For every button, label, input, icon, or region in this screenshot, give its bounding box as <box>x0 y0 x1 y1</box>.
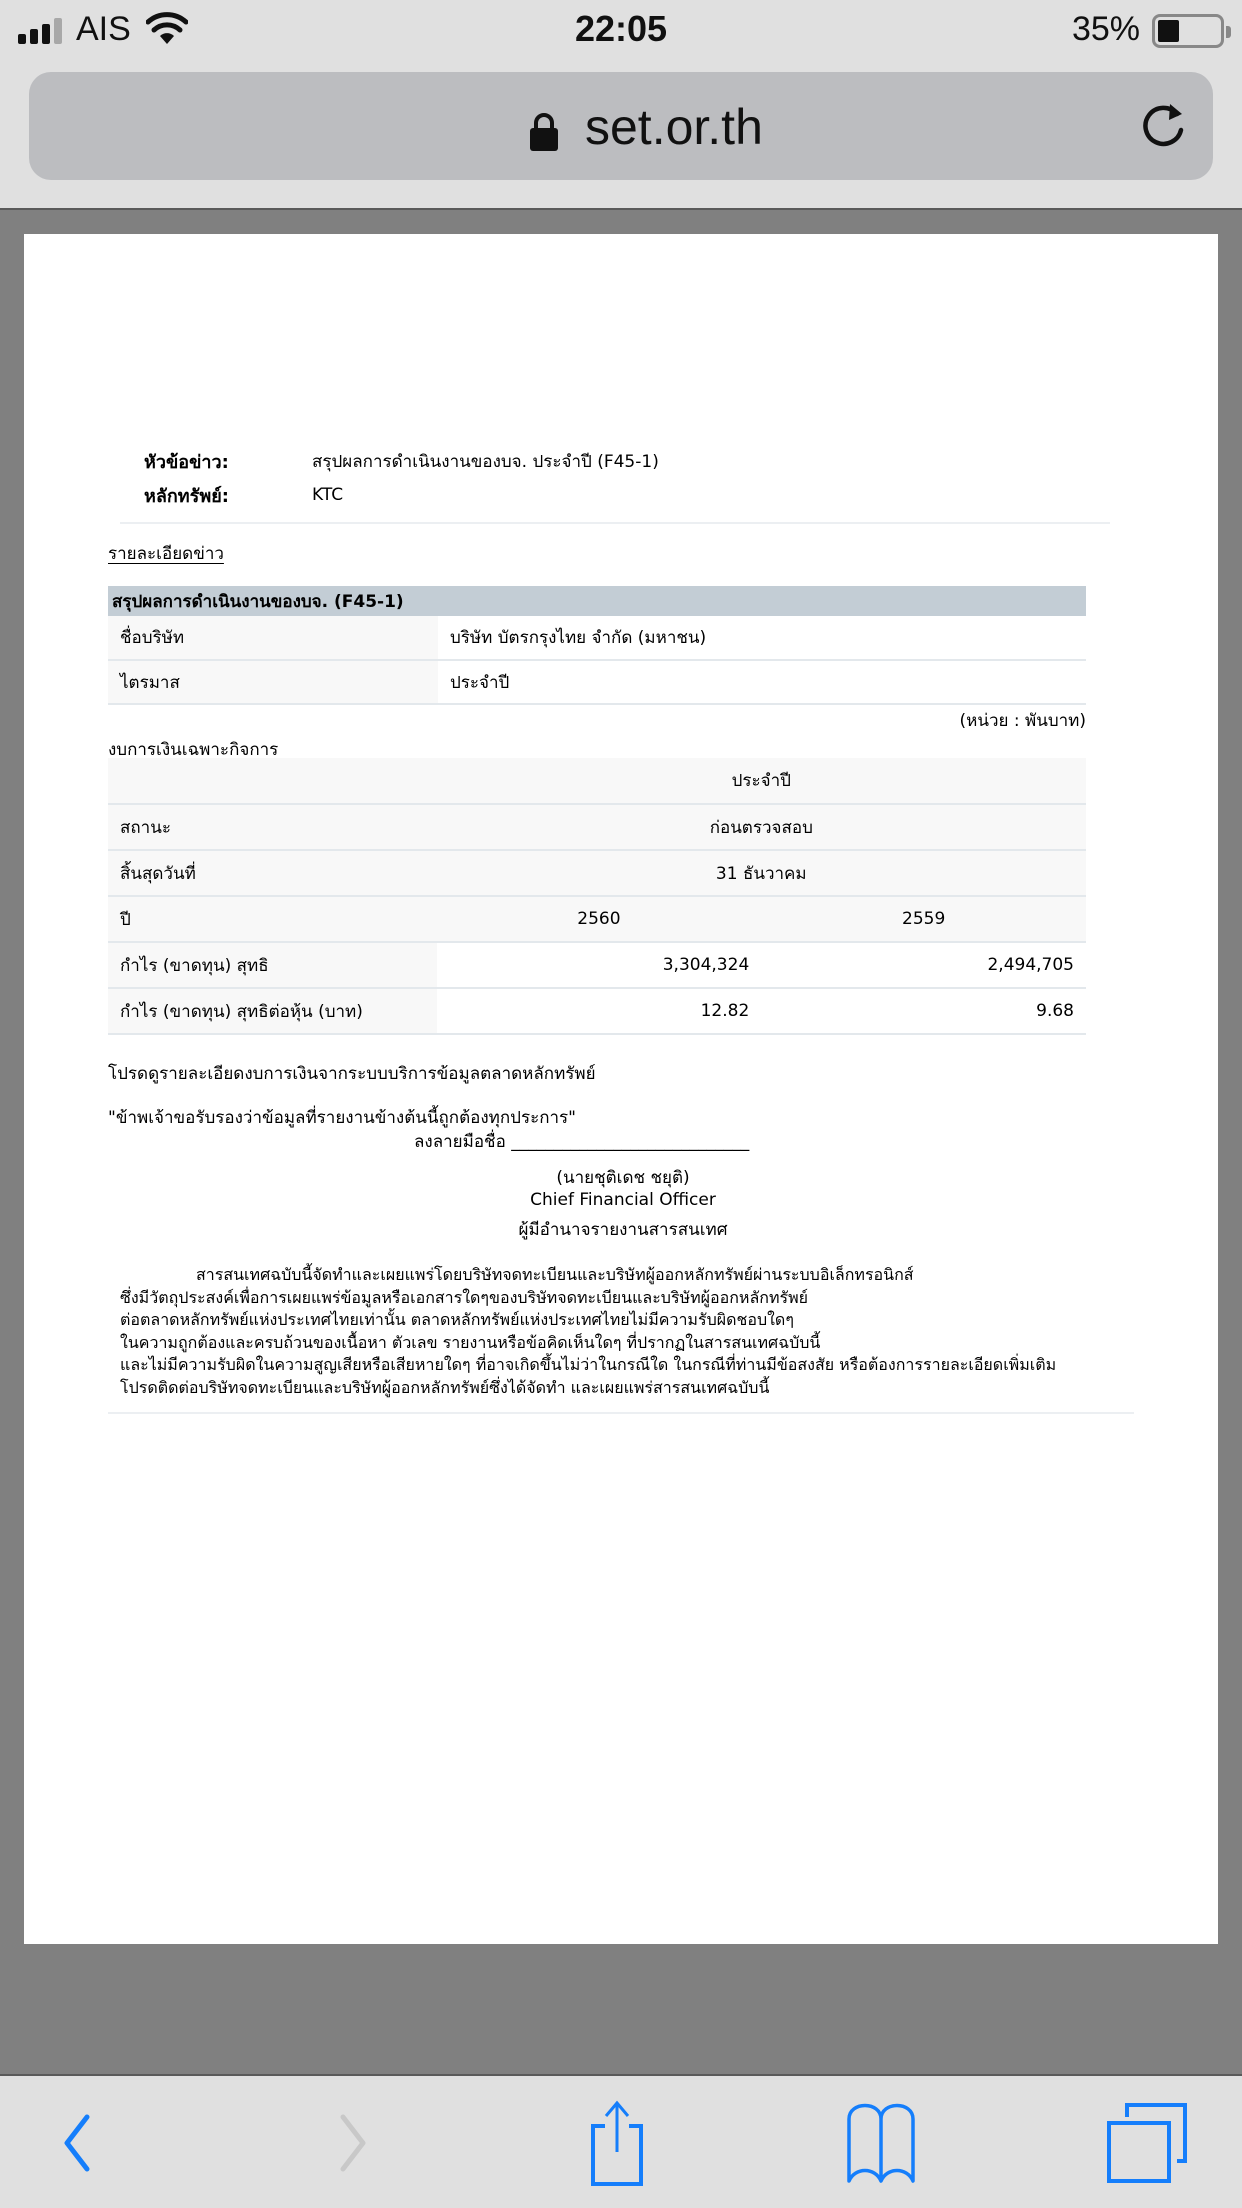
year-label: ปี <box>108 896 437 942</box>
signer-authority: ผู้มีอำนาจรายงานสารสนเทศ <box>108 1216 1138 1243</box>
net-profit-label: กำไร (ขาดทุน) สุทธิ <box>108 942 437 988</box>
divider <box>108 1412 1134 1414</box>
financial-footnote: โปรดดูรายละเอียดงบการเงินจากระบบบริการข้… <box>108 1060 596 1087</box>
document-page: หัวข้อข่าว: สรุปผลการดำเนินงานของบจ. ประ… <box>24 234 1218 1944</box>
disclaimer-line: ในความถูกต้องและครบถ้วนของเนื้อหา ตัวเลข… <box>120 1332 1160 1355</box>
company-info-table: สรุปผลการดำเนินงานของบจ. (F45-1) ชื่อบริ… <box>108 586 1086 705</box>
news-meta: หัวข้อข่าว: สรุปผลการดำเนินงานของบจ. ประ… <box>120 444 1110 524</box>
tabs-button[interactable] <box>1102 2098 1192 2188</box>
unit-note: (หน่วย : พันบาท) <box>959 707 1086 734</box>
bookmarks-button[interactable] <box>836 2098 926 2188</box>
signature-label: ลงลายมือชื่อ <box>414 1132 506 1152</box>
table-row: สิ้นสุดวันที่ 31 ธันวาคม <box>108 850 1086 896</box>
signature-blank: ____________________________ <box>511 1132 749 1152</box>
table-row: กำไร (ขาดทุน) สุทธิต่อหุ้น (บาท) 12.82 9… <box>108 988 1086 1034</box>
eps-previous: 9.68 <box>761 988 1086 1034</box>
eps-current: 12.82 <box>437 988 762 1034</box>
table-row: กำไร (ขาดทุน) สุทธิ 3,304,324 2,494,705 <box>108 942 1086 988</box>
address-bar[interactable]: set.or.th <box>29 72 1213 180</box>
share-button[interactable] <box>572 2098 662 2188</box>
forward-icon <box>333 2113 373 2173</box>
table-row: ไตรมาส ประจำปี <box>108 660 1086 704</box>
net-profit-previous: 2,494,705 <box>761 942 1086 988</box>
quarter-value: ประจำปี <box>438 660 1086 704</box>
table-header-row: สรุปผลการดำเนินงานของบจ. (F45-1) <box>108 586 1086 616</box>
url-text[interactable]: set.or.th <box>585 98 763 156</box>
disclaimer-line: โปรดติดต่อบริษัทจดทะเบียนและบริษัทผู้ออก… <box>120 1377 1160 1400</box>
browser-address-area: set.or.th <box>0 62 1242 210</box>
company-name-label: ชื่อบริษัท <box>108 616 438 660</box>
disclaimer-line: ซึ่งมีวัตถุประสงค์เพื่อการเผยแพร่ข้อมูลห… <box>120 1287 1160 1310</box>
divider <box>120 522 1110 524</box>
signer-name: (นายชุติเดช ชยุติ) <box>108 1164 1138 1191</box>
table-row: สถานะ ก่อนตรวจสอบ <box>108 804 1086 850</box>
eps-label: กำไร (ขาดทุน) สุทธิต่อหุ้น (บาท) <box>108 988 437 1034</box>
web-content[interactable]: หัวข้อข่าว: สรุปผลการดำเนินงานของบจ. ประ… <box>0 212 1242 2074</box>
quarter-label: ไตรมาส <box>108 660 438 704</box>
disclaimer: สารสนเทศฉบับนี้จัดทำและเผยแพร่โดยบริษัทจ… <box>120 1264 1160 1399</box>
news-detail-link[interactable]: รายละเอียดข่าว <box>108 540 224 567</box>
disclaimer-line: สารสนเทศฉบับนี้จัดทำและเผยแพร่โดยบริษัทจ… <box>120 1264 1160 1287</box>
back-button[interactable] <box>32 2098 122 2188</box>
financial-table: ประจำปี สถานะ ก่อนตรวจสอบ สิ้นสุดวันที่ … <box>108 758 1086 1035</box>
lock-icon <box>527 112 561 152</box>
share-icon <box>585 2100 649 2186</box>
reload-icon[interactable] <box>1137 100 1191 154</box>
status-value: ก่อนตรวจสอบ <box>437 804 1086 850</box>
table-row: ประจำปี <box>108 758 1086 804</box>
year-previous: 2559 <box>761 896 1086 942</box>
signer-position: Chief Financial Officer <box>108 1190 1138 1210</box>
period-header: ประจำปี <box>437 758 1086 804</box>
status-label: สถานะ <box>108 804 437 850</box>
table-row: ปี 2560 2559 <box>108 896 1086 942</box>
back-icon <box>57 2113 97 2173</box>
clock: 22:05 <box>0 8 1242 50</box>
security-label: หลักทรัพย์: <box>120 481 312 510</box>
disclaimer-line: ต่อตลาดหลักทรัพย์แห่งประเทศไทยเท่านั้น ต… <box>120 1309 1160 1332</box>
table-row: ชื่อบริษัท บริษัท บัตรกรุงไทย จำกัด (มหา… <box>108 616 1086 660</box>
battery-percent: 35% <box>1072 10 1140 49</box>
disclaimer-line: และไม่มีความรับผิดในความสูญเสียหรือเสียห… <box>120 1354 1160 1377</box>
certification-statement: "ข้าพเจ้าขอรับรองว่าข้อมูลที่รายงานข้างต… <box>108 1104 576 1131</box>
net-profit-current: 3,304,324 <box>437 942 762 988</box>
browser-toolbar <box>0 2074 1242 2208</box>
company-name-value: บริษัท บัตรกรุงไทย จำกัด (มหาชน) <box>438 616 1086 660</box>
end-date-label: สิ้นสุดวันที่ <box>108 850 437 896</box>
status-bar: AIS 22:05 35% <box>0 0 1242 62</box>
tabs-icon <box>1107 2103 1187 2183</box>
forward-button[interactable] <box>308 2098 398 2188</box>
headline-label: หัวข้อข่าว: <box>120 447 312 476</box>
year-current: 2560 <box>437 896 762 942</box>
info-table-title: สรุปผลการดำเนินงานของบจ. (F45-1) <box>108 586 1086 616</box>
headline-value: สรุปผลการดำเนินงานของบจ. ประจำปี (F45-1) <box>312 448 659 475</box>
signature-line: ลงลายมือชื่อ ___________________________… <box>414 1128 749 1155</box>
battery-icon <box>1152 14 1224 48</box>
bookmarks-icon <box>839 2103 923 2183</box>
end-date-value: 31 ธันวาคม <box>437 850 1086 896</box>
security-value: KTC <box>312 485 343 505</box>
